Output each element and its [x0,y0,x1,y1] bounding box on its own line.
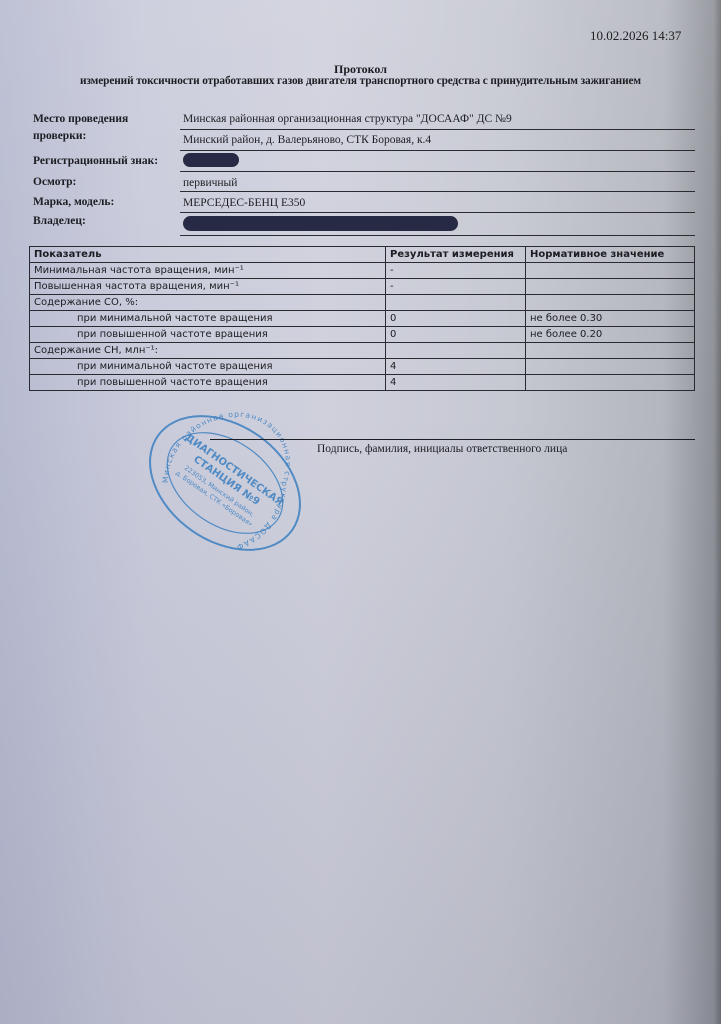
cell-indicator: при минимальной частоте вращения [30,359,386,375]
model-label: Марка, модель: [33,196,114,208]
inspection-label: Осмотр: [33,176,76,188]
document-subtitle: измерений токсичности отработавших газов… [0,75,721,87]
cell-result [386,343,526,359]
paper-shading [0,0,721,1024]
model-value: МЕРСЕДЕС-БЕНЦ E350 [183,197,305,209]
place-label: Место проведения проверки: [33,111,163,145]
cell-result: 0 [386,311,526,327]
cell-result [386,295,526,311]
cell-norm [526,263,695,279]
place-line-1-underline [180,129,695,130]
table-row: при повышенной частоте вращения 0 не бол… [30,327,695,343]
reg-label: Регистрационный знак: [33,155,158,167]
cell-result: 4 [386,375,526,391]
cell-indicator: Минимальная частота вращения, мин⁻¹ [30,263,386,279]
print-datetime: 10.02.2026 14:37 [590,28,681,44]
table-row: Содержание СН, млн⁻¹: [30,343,695,359]
table-row: при минимальной частоте вращения 0 не бо… [30,311,695,327]
header-norm: Нормативное значение [526,247,695,263]
cell-norm [526,279,695,295]
cell-norm [526,295,695,311]
reg-underline [180,171,695,172]
cell-result: 4 [386,359,526,375]
measurement-table: Показатель Результат измерения Нормативн… [29,246,695,391]
organization-stamp: Минская районная организационная структу… [140,408,310,558]
cell-norm: не более 0.20 [526,327,695,343]
place-line-2-underline [180,150,695,151]
cell-norm [526,375,695,391]
signature-line [210,439,695,440]
owner-redaction [183,216,458,231]
cell-result: - [386,279,526,295]
place-line-1: Минская районная организационная структу… [183,113,512,125]
cell-norm: не более 0.30 [526,311,695,327]
owner-label: Владелец: [33,215,86,227]
cell-norm [526,359,695,375]
header-indicator: Показатель [30,247,386,263]
cell-result: 0 [386,327,526,343]
place-line-2: Минский район, д. Валерьяново, СТК Боров… [183,134,431,146]
owner-underline [180,235,695,236]
cell-indicator: Содержание СО, %: [30,295,386,311]
inspection-value: первичный [183,177,237,189]
table-row: при минимальной частоте вращения 4 [30,359,695,375]
cell-indicator: при повышенной частоте вращения [30,327,386,343]
model-underline [180,212,695,213]
reg-number-redaction [183,153,239,167]
table-row: при повышенной частоте вращения 4 [30,375,695,391]
table-header-row: Показатель Результат измерения Нормативн… [30,247,695,263]
table-row: Минимальная частота вращения, мин⁻¹ - [30,263,695,279]
signature-label: Подпись, фамилия, инициалы ответственног… [317,443,567,455]
cell-norm [526,343,695,359]
inspection-underline [180,191,695,192]
cell-indicator: при повышенной частоте вращения [30,375,386,391]
cell-indicator: Содержание СН, млн⁻¹: [30,343,386,359]
header-result: Результат измерения [386,247,526,263]
table-row: Содержание СО, %: [30,295,695,311]
cell-result: - [386,263,526,279]
table-row: Повышенная частота вращения, мин⁻¹ - [30,279,695,295]
cell-indicator: Повышенная частота вращения, мин⁻¹ [30,279,386,295]
cell-indicator: при минимальной частоте вращения [30,311,386,327]
